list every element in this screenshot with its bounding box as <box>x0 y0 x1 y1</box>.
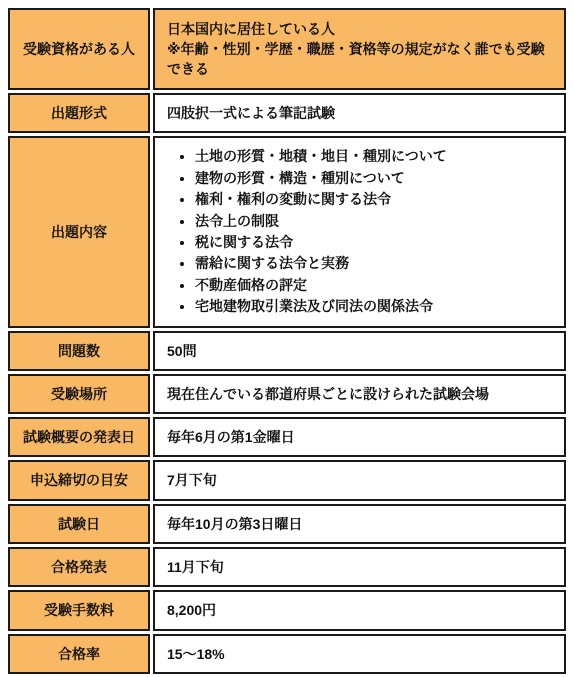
row-label-results: 合格発表 <box>8 547 150 587</box>
table-row-pass-rate: 合格率 15～18% <box>8 634 566 674</box>
row-value-question-count: 50問 <box>153 331 566 371</box>
row-value-exam-date: 毎年10月の第3日曜日 <box>153 504 566 544</box>
table-row-exam-date: 試験日 毎年10月の第3日曜日 <box>8 504 566 544</box>
table-row-outline-date: 試験概要の発表日 毎年6月の第1金曜日 <box>8 417 566 457</box>
table-row-deadline: 申込締切の目安 7月下旬 <box>8 460 566 500</box>
page: 受験資格がある人 日本国内に居住している人 ※年齢・性別・学歴・職歴・資格等の規… <box>0 0 574 664</box>
topic-item: 土地の形質・地積・地目・種別について <box>195 146 552 167</box>
row-value-results: 11月下旬 <box>153 547 566 587</box>
topic-list: 土地の形質・地積・地目・種別について 建物の形質・構造・種別について 権利・権利… <box>167 146 552 317</box>
row-label-exam-date: 試験日 <box>8 504 150 544</box>
row-value-deadline: 7月下旬 <box>153 460 566 500</box>
topic-item: 建物の形質・構造・種別について <box>195 168 552 189</box>
table-row-question-count: 問題数 50問 <box>8 331 566 371</box>
row-label-deadline: 申込締切の目安 <box>8 460 150 500</box>
row-label-question-count: 問題数 <box>8 331 150 371</box>
topic-item: 宅地建物取引業法及び同法の関係法令 <box>195 296 552 317</box>
topic-item: 権利・権利の変動に関する法令 <box>195 189 552 210</box>
row-label-outline-date: 試験概要の発表日 <box>8 417 150 457</box>
row-value-topics: 土地の形質・地積・地目・種別について 建物の形質・構造・種別について 権利・権利… <box>153 136 566 327</box>
exam-info-table: 受験資格がある人 日本国内に居住している人 ※年齢・性別・学歴・職歴・資格等の規… <box>5 5 569 677</box>
row-label-location: 受験場所 <box>8 374 150 414</box>
value-line-1: 日本国内に居住している人 <box>167 19 552 39</box>
value-line-2: ※年齢・性別・学歴・職歴・資格等の規定がなく誰でも受験できる <box>167 39 552 80</box>
row-value-eligibility: 日本国内に居住している人 ※年齢・性別・学歴・職歴・資格等の規定がなく誰でも受験… <box>153 8 566 90</box>
row-value-pass-rate: 15～18% <box>153 634 566 674</box>
row-value-location: 現在住んでいる都道府県ごとに設けられた試験会場 <box>153 374 566 414</box>
row-label-pass-rate: 合格率 <box>8 634 150 674</box>
table-row-eligibility: 受験資格がある人 日本国内に居住している人 ※年齢・性別・学歴・職歴・資格等の規… <box>8 8 566 90</box>
topic-item: 税に関する法令 <box>195 232 552 253</box>
row-value-fee: 8,200円 <box>153 590 566 630</box>
table-row-format: 出題形式 四肢択一式による筆記試験 <box>8 93 566 133</box>
row-label-format: 出題形式 <box>8 93 150 133</box>
row-label-topics: 出題内容 <box>8 136 150 327</box>
table-row-results: 合格発表 11月下旬 <box>8 547 566 587</box>
row-label-fee: 受験手数料 <box>8 590 150 630</box>
row-value-outline-date: 毎年6月の第1金曜日 <box>153 417 566 457</box>
topic-item: 需給に関する法令と実務 <box>195 253 552 274</box>
row-value-format: 四肢択一式による筆記試験 <box>153 93 566 133</box>
table-row-location: 受験場所 現在住んでいる都道府県ごとに設けられた試験会場 <box>8 374 566 414</box>
topic-item: 不動産価格の評定 <box>195 275 552 296</box>
table-row-fee: 受験手数料 8,200円 <box>8 590 566 630</box>
row-label-eligibility: 受験資格がある人 <box>8 8 150 90</box>
table-row-topics: 出題内容 土地の形質・地積・地目・種別について 建物の形質・構造・種別について … <box>8 136 566 327</box>
topic-item: 法令上の制限 <box>195 211 552 232</box>
